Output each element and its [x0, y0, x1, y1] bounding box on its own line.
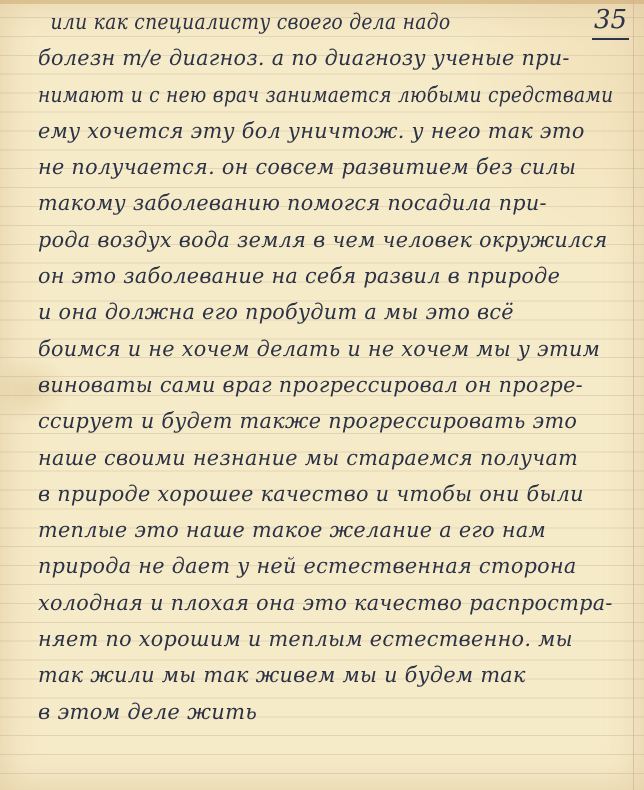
notebook-page: 35 или как специалисту своего дела надо … [0, 0, 644, 790]
text-line: ему хочется эту бол уничтож. у него так … [38, 113, 613, 149]
text-line: холодная и плохая она это качество распр… [38, 585, 613, 621]
text-line: боимся и не хочем делать и не хочем мы у… [38, 331, 613, 367]
text-line: теплые это наше такое желание а его нам [38, 512, 613, 548]
text-line: в природе хорошее качество и чтобы они б… [38, 476, 613, 512]
text-line: рода воздух вода земля в чем человек окр… [38, 222, 613, 258]
handwritten-text: или как специалисту своего дела надо бол… [38, 4, 620, 730]
text-line: няет по хорошим и теплым естественно. мы [38, 621, 613, 657]
text-line: ссирует и будет также прогрессировать эт… [38, 403, 613, 439]
text-line: так жили мы так живем мы и будем так [38, 657, 613, 693]
text-line: в этом деле жить [38, 694, 620, 730]
text-line: не получается. он совсем развитием без с… [38, 149, 613, 185]
text-line: болезн т/е диагноз. а по диагнозу ученые… [38, 40, 613, 76]
text-line: нимают и с нею врач занимается любыми ср… [38, 77, 554, 113]
text-line: или как специалисту своего дела надо [38, 4, 558, 40]
text-line: такому заболеванию помогся посадила при- [38, 185, 613, 221]
text-line: и она должна его пробудит а мы это всё [38, 294, 613, 330]
text-line: наше своими незнание мы стараемся получа… [38, 440, 613, 476]
text-line: виноваты сами враг прогрессировал он про… [38, 367, 613, 403]
margin-line [633, 0, 634, 790]
text-line: он это заболевание на себя развил в прир… [38, 258, 613, 294]
text-line: природа не дает у ней естественная сторо… [38, 548, 613, 584]
